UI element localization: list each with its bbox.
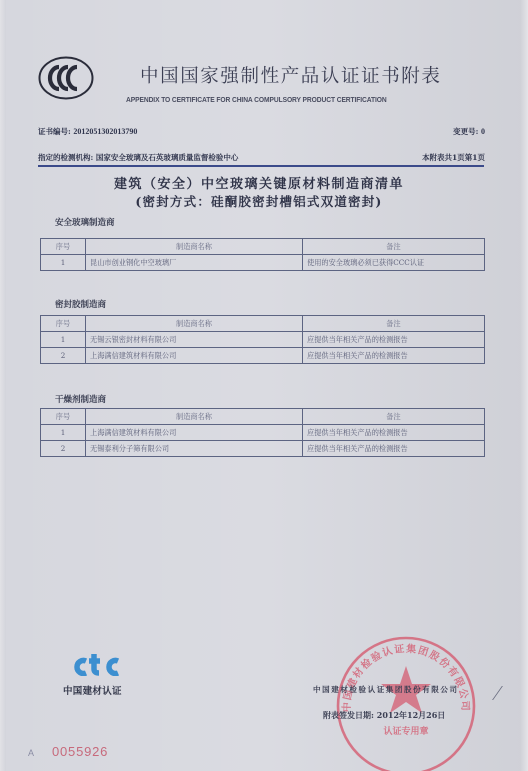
certificate-number: 证书编号: 2012051302013790 [38, 126, 137, 137]
column-header-index: 序号 [41, 316, 86, 332]
designated-lab-label: 指定的检测机构: [38, 153, 93, 162]
issue-date: 附表签发日期: 2012年12月26日 [323, 710, 445, 721]
remark: 应提供当年相关产品的检测报告 [303, 332, 485, 348]
row-index: 1 [41, 425, 86, 441]
table-header-row: 序号 制造商名称 备注 [41, 239, 485, 255]
table-row: 2 上海满信建筑材料有限公司 应提供当年相关产品的检测报告 [41, 348, 485, 364]
table-header-row: 序号 制造商名称 备注 [41, 409, 485, 425]
document-title: 建筑（安全）中空玻璃关键原材料制造商清单 [0, 173, 523, 192]
row-index: 2 [41, 348, 86, 364]
ctc-logo-icon [72, 652, 124, 676]
ccc-mark-icon [37, 55, 95, 101]
sealant-manufacturer-table: 序号 制造商名称 备注 1 无锡云银密封材料有限公司 应提供当年相关产品的检测报… [40, 315, 485, 364]
section-label-sealant: 密封胶制造商 [55, 298, 106, 310]
change-number-value: 0 [481, 127, 485, 136]
remark: 应提供当年相关产品的检测报告 [303, 348, 485, 364]
section-label-safety-glass: 安全玻璃制造商 [55, 216, 115, 228]
manufacturer-name: 上海满信建筑材料有限公司 [86, 425, 303, 441]
column-header-name: 制造商名称 [86, 239, 303, 255]
column-header-name: 制造商名称 [86, 409, 303, 425]
remark: 使用的安全玻璃必须已获得CCC认证 [303, 255, 485, 271]
certificate-number-label: 证书编号: [38, 127, 71, 136]
section-label-desiccant: 干燥剂制造商 [55, 393, 106, 405]
document-subtitle: (密封方式：硅酮胶密封槽铝式双道密封) [0, 192, 523, 210]
column-header-index: 序号 [41, 409, 86, 425]
column-header-remark: 备注 [303, 409, 485, 425]
header-divider [38, 165, 484, 167]
certificate-appendix-page: 中国国家强制性产品认证证书附表 APPENDIX TO CERTIFICATE … [0, 0, 528, 771]
seal-subtext: 认证专用章 [383, 725, 428, 737]
column-header-index: 序号 [41, 239, 86, 255]
desiccant-manufacturer-table: 序号 制造商名称 备注 1 上海满信建筑材料有限公司 应提供当年相关产品的检测报… [40, 408, 485, 457]
page-edge-left [0, 0, 6, 771]
remark: 应提供当年相关产品的检测报告 [303, 441, 485, 457]
table-header-row: 序号 制造商名称 备注 [41, 316, 485, 332]
row-index: 2 [41, 441, 86, 457]
manufacturer-name: 上海满信建筑材料有限公司 [86, 348, 303, 364]
issue-date-label: 附表签发日期: [323, 710, 374, 720]
serial-number: 0055926 [52, 744, 108, 759]
signature-mark [492, 686, 515, 700]
designated-lab: 指定的检测机构: 国家安全玻璃及石英玻璃质量监督检验中心 [38, 152, 238, 163]
title-chinese: 中国国家强制性产品认证证书附表 [140, 62, 460, 88]
safety-glass-manufacturer-table: 序号 制造商名称 备注 1 昆山市创业钢化中空玻璃厂 使用的安全玻璃必须已获得C… [40, 238, 485, 271]
column-header-remark: 备注 [303, 239, 485, 255]
manufacturer-name: 无锡泰利分子筛有限公司 [86, 441, 303, 457]
table-row: 1 无锡云银密封材料有限公司 应提供当年相关产品的检测报告 [41, 332, 485, 348]
row-index: 1 [41, 332, 86, 348]
remark: 应提供当年相关产品的检测报告 [303, 425, 485, 441]
column-header-name: 制造商名称 [86, 316, 303, 332]
change-number: 变更号: 0 [453, 126, 485, 137]
page-info: 本附表共1页第1页 [422, 152, 485, 163]
table-row: 1 上海满信建筑材料有限公司 应提供当年相关产品的检测报告 [41, 425, 485, 441]
table-row: 2 无锡泰利分子筛有限公司 应提供当年相关产品的检测报告 [41, 441, 485, 457]
column-header-remark: 备注 [303, 316, 485, 332]
change-number-label: 变更号: [453, 127, 478, 136]
serial-letter: A [28, 748, 34, 758]
page-edge-right [520, 0, 528, 771]
manufacturer-name: 无锡云银密封材料有限公司 [86, 332, 303, 348]
certificate-number-value: 2012051302013790 [73, 127, 137, 136]
designated-lab-name: 国家安全玻璃及石英玻璃质量监督检验中心 [96, 153, 239, 162]
table-row: 1 昆山市创业钢化中空玻璃厂 使用的安全玻璃必须已获得CCC认证 [41, 255, 485, 271]
row-index: 1 [41, 255, 86, 271]
issue-date-value: 2012年12月26日 [377, 710, 446, 720]
official-seal-icon: 中国建材检验认证集团股份有限公司 认证专用章 [330, 628, 480, 771]
title-english: APPENDIX TO CERTIFICATE FOR CHINA COMPUL… [126, 95, 387, 104]
manufacturer-name: 昆山市创业钢化中空玻璃厂 [86, 255, 303, 271]
issuing-organization: 中国建材检验认证集团股份有限公司 [313, 684, 459, 695]
ctc-organization-name: 中国建材认证 [63, 683, 122, 697]
